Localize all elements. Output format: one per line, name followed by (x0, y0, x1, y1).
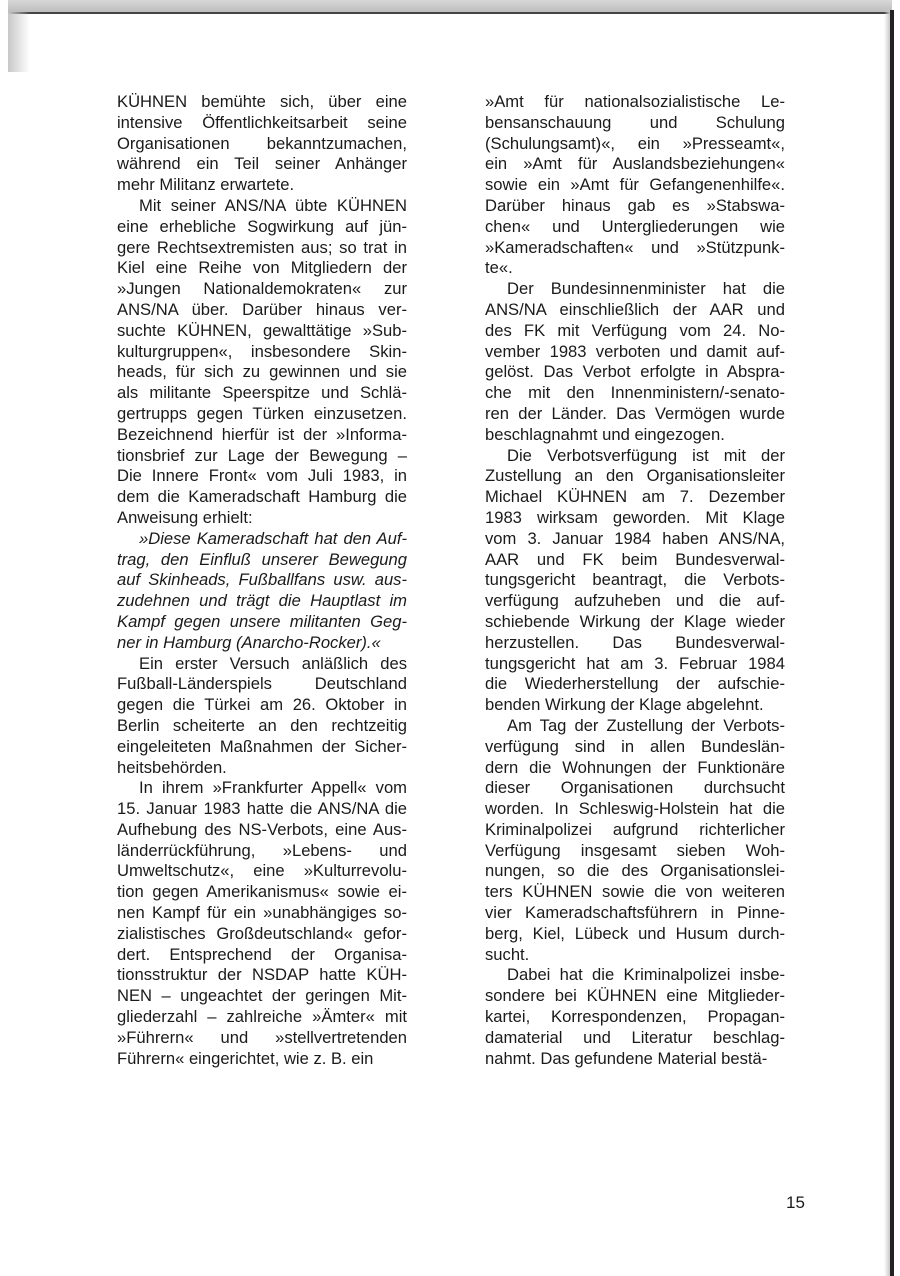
text-line: damaterial und Literatur beschlag- (485, 1028, 785, 1049)
text-line: 15. Januar 1983 hatte die ANS/NA die (117, 799, 407, 820)
text-line: gere Rechtsextremisten aus; so trat in (117, 238, 407, 259)
paragraph: »Diese Kameradschaft hat den Auf-trag, d… (117, 529, 407, 654)
text-line: vom 3. Januar 1984 haben ANS/NA, (485, 529, 785, 550)
text-line: »Jungen Nationaldemokraten« zur (117, 279, 407, 300)
text-line: AAR und FK beim Bundesverwal- (485, 550, 785, 571)
text-line: Fußball-Länderspiels Deutschland (117, 674, 407, 695)
text-line: während ein Teil seiner Anhänger (117, 154, 407, 175)
text-line: dern die Wohnungen der Funktionäre (485, 758, 785, 779)
text-line: »Amt für nationalsozialistische Le- (485, 92, 785, 113)
text-line: benden Wirkung der Klage abgelehnt. (485, 695, 785, 716)
text-line: Anweisung erhielt: (117, 508, 407, 529)
text-line: berg, Kiel, Lübeck und Husum durch- (485, 924, 785, 945)
text-line: Die Innere Front« vom Juli 1983, in (117, 466, 407, 487)
scan-edge-right (890, 10, 894, 1276)
text-line: Ein erster Versuch anläßlich des (117, 654, 407, 675)
right-text-column: »Amt für nationalsozialistische Le-bensa… (485, 92, 785, 1069)
text-line: ters KÜHNEN sowie die von weiteren (485, 882, 785, 903)
text-line: kartei, Korrespondenzen, Propagan- (485, 1007, 785, 1028)
text-line: eine erhebliche Sogwirkung auf jün- (117, 217, 407, 238)
text-line: schiebende Wirkung der Klage wieder (485, 612, 785, 633)
text-line: tionsstruktur der NSDAP hatte KÜH- (117, 965, 407, 986)
text-line: Kiel eine Reihe von Mitgliedern der (117, 258, 407, 279)
text-line: kulturgruppen«, insbesondere Skin- (117, 342, 407, 363)
paragraph: »Amt für nationalsozialistische Le-bensa… (485, 92, 785, 279)
text-line: nen Kampf für ein »unabhängiges so- (117, 903, 407, 924)
text-line: ren der Länder. Das Vermögen wurde (485, 404, 785, 425)
text-line: Kriminalpolizei aufgrund richterlicher (485, 820, 785, 841)
text-line: als militante Speerspitze und Schlä- (117, 383, 407, 404)
text-line: Kampf gegen unsere militanten Geg- (117, 612, 407, 633)
text-line: Umweltschutz«, eine »Kulturrevolu- (117, 861, 407, 882)
text-line: verfügung sind in allen Bundeslän- (485, 737, 785, 758)
text-line: »Kameradschaften« und »Stützpunk- (485, 238, 785, 259)
text-line: (Schulungsamt)«, ein »Presseamt«, (485, 134, 785, 155)
text-line: mehr Militanz erwartete. (117, 175, 407, 196)
text-line: sondere bei KÜHNEN eine Mitglieder- (485, 986, 785, 1007)
text-line: herzustellen. Das Bundesverwal- (485, 633, 785, 654)
text-line: zudehnen und trägt die Hauptlast im (117, 591, 407, 612)
text-line: suchte KÜHNEN, gewalttätige »Sub- (117, 321, 407, 342)
text-line: chen« und Untergliederungen wie (485, 217, 785, 238)
text-line: Am Tag der Zustellung der Verbots- (485, 716, 785, 737)
page-number: 15 (786, 1193, 805, 1213)
paragraph: Ein erster Versuch anläßlich desFußball-… (117, 654, 407, 779)
text-line: auf Skinheads, Fußballfans usw. aus- (117, 570, 407, 591)
scan-edge-top (8, 0, 892, 14)
text-line: eingeleiteten Maßnahmen der Sicher- (117, 737, 407, 758)
text-line: ANS/NA einschließlich der AAR und (485, 300, 785, 321)
text-line: vier Kameradschaftsführern in Pinne- (485, 903, 785, 924)
text-line: heitsbehörden. (117, 758, 407, 779)
text-line: Michael KÜHNEN am 7. Dezember (485, 487, 785, 508)
text-line: In ihrem »Frankfurter Appell« vom (117, 778, 407, 799)
text-line: Die Verbotsverfügung ist mit der (485, 446, 785, 467)
text-line: Verfügung insgesamt sieben Woh- (485, 841, 785, 862)
text-line: heads, für sich zu gewinnen und sie (117, 362, 407, 383)
text-line: Berlin scheiterte an den rechtzeitig (117, 716, 407, 737)
text-line: länderrückführung, »Lebens- und (117, 841, 407, 862)
text-line: dem die Kameradschaft Hamburg die (117, 487, 407, 508)
text-line: sucht. (485, 945, 785, 966)
text-line: Aufhebung des NS-Verbots, eine Aus- (117, 820, 407, 841)
text-line: »Führern« und »stellvertretenden (117, 1028, 407, 1049)
scan-shadow-left (8, 12, 30, 72)
text-line: te«. (485, 258, 785, 279)
text-line: des FK mit Verfügung vom 24. No- (485, 321, 785, 342)
paragraph: Am Tag der Zustellung der Verbots-verfüg… (485, 716, 785, 966)
text-line: Darüber hinaus gab es »Stabswa- (485, 196, 785, 217)
text-line: ein »Amt für Auslandsbeziehungen« (485, 154, 785, 175)
text-line: Dabei hat die Kriminalpolizei insbe- (485, 965, 785, 986)
text-line: worden. In Schleswig-Holstein hat die (485, 799, 785, 820)
paragraph: Der Bundesinnenminister hat dieANS/NA ei… (485, 279, 785, 445)
text-line: dieser Organisationen durchsucht (485, 778, 785, 799)
text-line: Führern« eingerichtet, wie z. B. ein (117, 1049, 407, 1070)
text-line: nahmt. Das gefundene Material bestä- (485, 1049, 785, 1070)
text-line: gelöst. Das Verbot erfolgte in Abspra- (485, 362, 785, 383)
text-line: tion gegen Amerikanismus« sowie ei- (117, 882, 407, 903)
text-line: gertrupps gegen Türken einzusetzen. (117, 404, 407, 425)
text-line: Mit seiner ANS/NA übte KÜHNEN (117, 196, 407, 217)
text-line: 1983 wirksam geworden. Mit Klage (485, 508, 785, 529)
text-line: die Wiederherstellung der aufschie- (485, 674, 785, 695)
text-line: dert. Entsprechend der Organisa- (117, 945, 407, 966)
paragraph: In ihrem »Frankfurter Appell« vom15. Jan… (117, 778, 407, 1069)
text-line: vember 1983 verboten und damit auf- (485, 342, 785, 363)
text-line: gegen die Türkei am 26. Oktober in (117, 695, 407, 716)
text-line: ner in Hamburg (Anarcho-Rocker).« (117, 633, 407, 654)
text-line: »Diese Kameradschaft hat den Auf- (117, 529, 407, 550)
paragraph: Die Verbotsverfügung ist mit derZustellu… (485, 446, 785, 716)
text-line: trag, den Einfluß unserer Bewegung (117, 550, 407, 571)
paragraph: Mit seiner ANS/NA übte KÜHNENeine erhebl… (117, 196, 407, 529)
text-line: intensive Öffentlichkeitsarbeit seine (117, 113, 407, 134)
text-line: ANS/NA über. Darüber hinaus ver- (117, 300, 407, 321)
text-line: NEN – ungeachtet der geringen Mit- (117, 986, 407, 1007)
text-line: tungsgericht beantragt, die Verbots- (485, 570, 785, 591)
text-line: Bezeichnend hierfür ist der »Informa- (117, 425, 407, 446)
text-line: sowie ein »Amt für Gefangenenhilfe«. (485, 175, 785, 196)
text-line: nungen, so die des Organisationslei- (485, 861, 785, 882)
text-line: verfügung aufzuheben und die auf- (485, 591, 785, 612)
text-line: bensanschauung und Schulung (485, 113, 785, 134)
text-line: tungsgericht hat am 3. Februar 1984 (485, 654, 785, 675)
text-line: zialistisches Großdeutschland« gefor- (117, 924, 407, 945)
text-line: beschlagnahmt und eingezogen. (485, 425, 785, 446)
paragraph: Dabei hat die Kriminalpolizei insbe-sond… (485, 965, 785, 1069)
paragraph: KÜHNEN bemühte sich, über eineintensive … (117, 92, 407, 196)
left-text-column: KÜHNEN bemühte sich, über eineintensive … (117, 92, 407, 1069)
text-line: KÜHNEN bemühte sich, über eine (117, 92, 407, 113)
text-line: Der Bundesinnenminister hat die (485, 279, 785, 300)
text-line: Zustellung an den Organisationsleiter (485, 466, 785, 487)
text-line: tionsbrief zur Lage der Bewegung – (117, 446, 407, 467)
text-line: gliederzahl – zahlreiche »Ämter« mit (117, 1007, 407, 1028)
text-line: che mit den Innenministern/-senato- (485, 383, 785, 404)
text-line: Organisationen bekanntzumachen, (117, 134, 407, 155)
